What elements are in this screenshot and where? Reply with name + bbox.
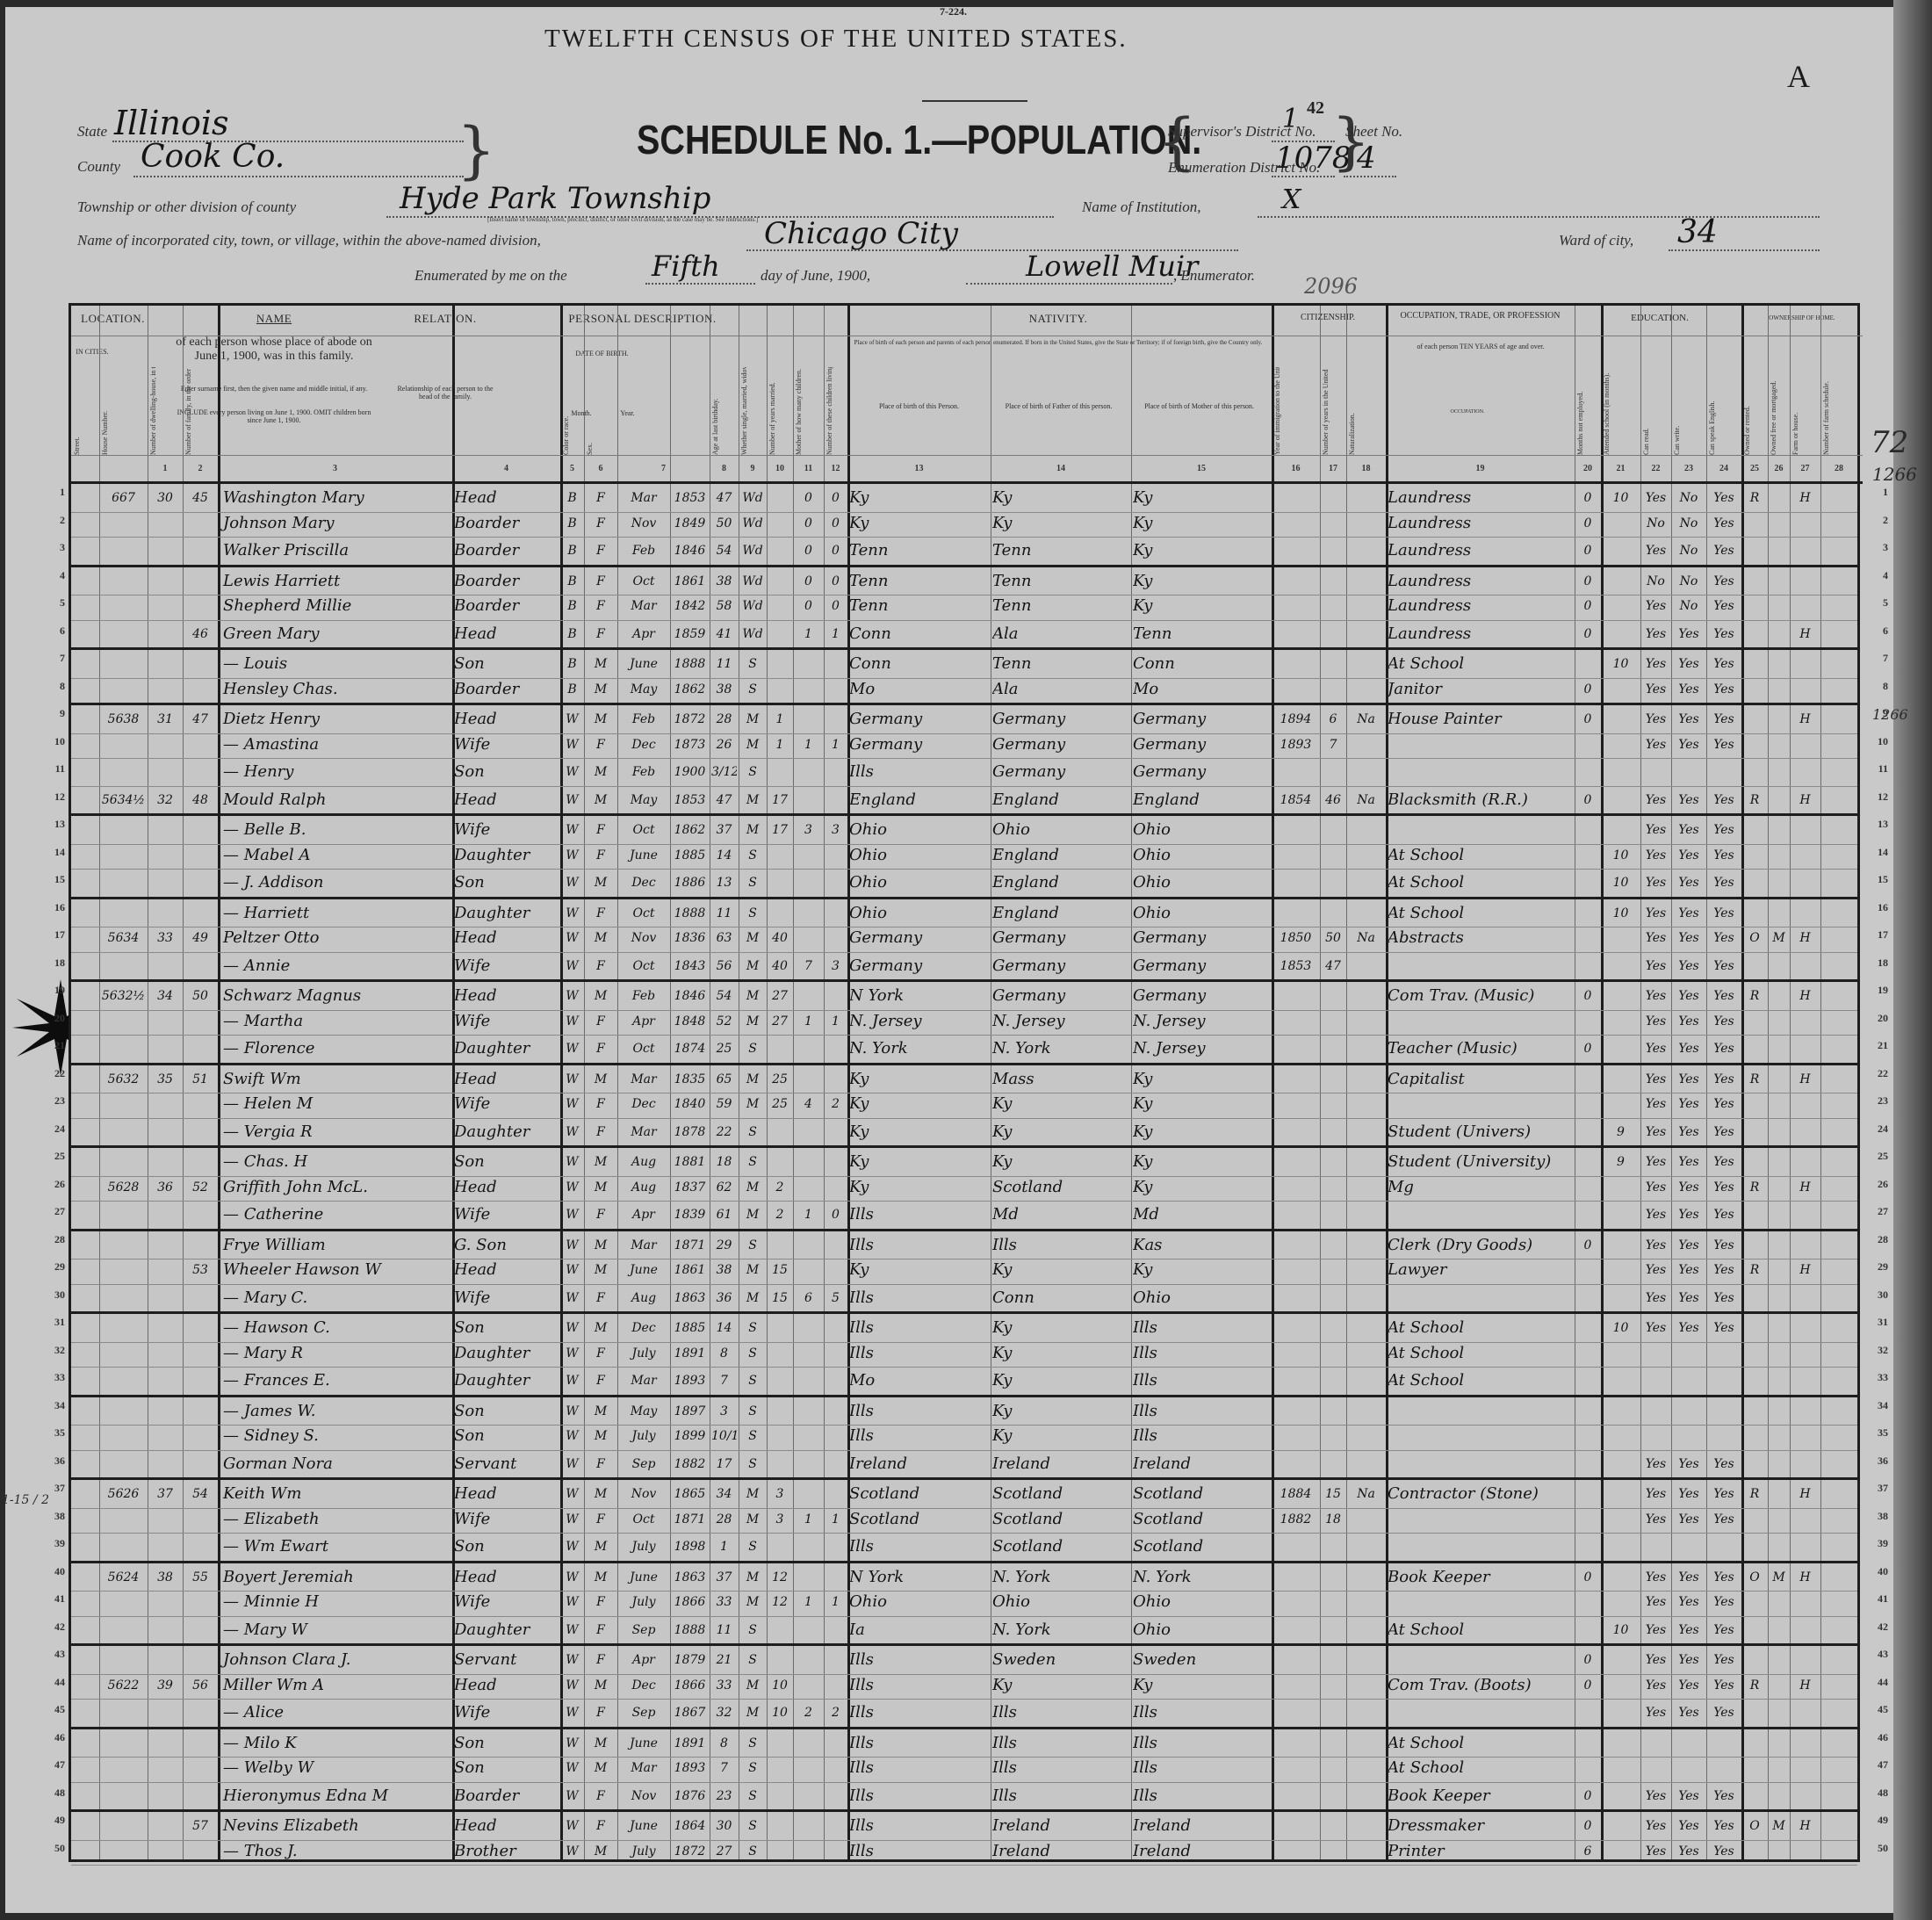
cell-month: Oct xyxy=(619,901,668,926)
cell-write: Yes xyxy=(1673,1316,1705,1340)
cell-sex: F xyxy=(586,1648,616,1672)
cell-mbp: Ky xyxy=(1133,1175,1270,1200)
cell-year: 1885 xyxy=(672,843,708,868)
column-number: 17 xyxy=(1320,464,1346,473)
cell-mne xyxy=(1576,652,1599,676)
cell-mne xyxy=(1576,760,1599,784)
cell-age: 3 xyxy=(711,1399,737,1424)
cell-read: Yes xyxy=(1642,733,1669,757)
header-ym: Number of years married. xyxy=(768,367,791,455)
cell-sex: F xyxy=(586,1784,616,1808)
cell-mo xyxy=(795,1036,822,1061)
cell-nat xyxy=(1348,1092,1384,1116)
cell-sch xyxy=(1603,1673,1639,1698)
cell-nat xyxy=(1348,733,1384,757)
cell-write: Yes xyxy=(1673,1648,1705,1672)
line-number: 2 xyxy=(42,514,65,527)
cell-house xyxy=(101,1700,146,1725)
cell-dwelling: 33 xyxy=(149,926,181,950)
header-color: Color or race. xyxy=(562,367,582,455)
cell-sex: M xyxy=(586,984,616,1008)
cell-bp: Germany xyxy=(849,707,989,732)
cell-occ xyxy=(1388,1009,1573,1034)
cell-family xyxy=(184,1120,216,1144)
cell-color: W xyxy=(562,1839,582,1864)
cell-month: May xyxy=(619,788,668,812)
group-personal: PERSONAL DESCRIPTION. xyxy=(499,313,786,326)
cell-name: Frye William xyxy=(220,1233,454,1258)
line-number: 10 xyxy=(1865,735,1888,748)
cell-relation: Head xyxy=(454,1482,559,1506)
line-number: 29 xyxy=(1865,1260,1888,1274)
cell-month: June xyxy=(619,843,668,868)
cell-dwelling xyxy=(149,1590,181,1614)
cell-sch xyxy=(1603,1286,1639,1310)
header-own: Owned or rented. xyxy=(1743,367,1766,455)
cell-yus xyxy=(1322,1316,1344,1340)
cell-month: July xyxy=(619,1590,668,1614)
cell-imm xyxy=(1273,1399,1318,1424)
cell-year: 1865 xyxy=(672,1482,708,1506)
cell-yus xyxy=(1322,1092,1344,1116)
cell-month: Mar xyxy=(619,1120,668,1144)
header-mne: Months not employed. xyxy=(1576,367,1599,455)
cell-family xyxy=(184,1368,216,1393)
cell-dwelling xyxy=(149,1507,181,1532)
cell-mne: 0 xyxy=(1576,1648,1599,1672)
cell-color: W xyxy=(562,984,582,1008)
cell-age: 54 xyxy=(711,984,737,1008)
column-number: 15 xyxy=(1131,464,1272,473)
cell-fm xyxy=(1770,1700,1788,1725)
table-row: 56283652Griffith John McL.HeadWMAug18376… xyxy=(71,1173,1857,1202)
cell-family xyxy=(184,652,216,676)
cell-speak: Yes xyxy=(1708,1036,1740,1061)
cell-write: Yes xyxy=(1673,926,1705,950)
cell-age: 58 xyxy=(711,594,737,618)
cell-fm xyxy=(1770,1092,1788,1116)
cell-imm xyxy=(1273,1202,1318,1227)
cell-fbp: Germany xyxy=(992,733,1129,757)
cell-fbp: Tenn xyxy=(992,538,1129,563)
cell-family xyxy=(184,954,216,978)
enumerator-label: , Enumerator. xyxy=(1173,267,1255,285)
table-row: 53Wheeler Hawson WHeadWMJune186138M15KyK… xyxy=(71,1256,1857,1285)
cell-fs xyxy=(1822,1067,1856,1092)
cell-mo xyxy=(795,677,822,702)
cell-fs xyxy=(1822,1399,1856,1424)
cell-yus: 18 xyxy=(1322,1507,1344,1532)
cell-house xyxy=(101,1756,146,1780)
cell-mbp: Ky xyxy=(1133,1673,1270,1698)
cell-write: Yes xyxy=(1673,1286,1705,1310)
cell-age: 26 xyxy=(711,733,737,757)
line-number: 15 xyxy=(1865,873,1888,886)
cell-name: — Thos J. xyxy=(220,1839,454,1864)
line-number: 10 xyxy=(42,735,65,748)
cell-nat xyxy=(1348,1036,1384,1061)
cell-fs xyxy=(1822,677,1856,702)
cell-color: W xyxy=(562,1067,582,1092)
cell-mo xyxy=(795,901,822,926)
cell-relation: Head xyxy=(454,984,559,1008)
cell-speak: Yes xyxy=(1708,818,1740,842)
cell-color: W xyxy=(562,901,582,926)
cell-occ xyxy=(1388,1202,1573,1227)
enumerated-label: Enumerated by me on the xyxy=(415,267,567,285)
cell-ym: 25 xyxy=(768,1067,791,1092)
cell-bp: Ills xyxy=(849,1534,989,1559)
cell-occ: At School xyxy=(1388,1341,1573,1366)
cell-nat xyxy=(1348,1814,1384,1838)
cell-sex: M xyxy=(586,1839,616,1864)
cell-color: W xyxy=(562,1286,582,1310)
cell-bp: Tenn xyxy=(849,569,989,594)
cell-bp: Mo xyxy=(849,1368,989,1393)
cell-house: 5638 xyxy=(101,707,146,732)
cell-read xyxy=(1642,1756,1669,1780)
cell-name: Schwarz Magnus xyxy=(220,984,454,1008)
cell-imm xyxy=(1273,1233,1318,1258)
cell-sex: F xyxy=(586,1507,616,1532)
cell-imm: 1884 xyxy=(1273,1482,1318,1506)
cell-ch xyxy=(825,1399,846,1424)
header-street: Street. xyxy=(73,367,97,455)
cell-nat xyxy=(1348,1756,1384,1780)
cell-fs xyxy=(1822,1618,1856,1642)
table-row: — HenrySonWMFeb19003/12SIllsGermanyGerma… xyxy=(71,758,1857,787)
cell-color: W xyxy=(562,1175,582,1200)
cell-speak: Yes xyxy=(1708,788,1740,812)
cell-relation: Boarder xyxy=(454,569,559,594)
cell-year: 1891 xyxy=(672,1731,708,1756)
cell-dwelling xyxy=(149,1036,181,1061)
cell-fs xyxy=(1822,1341,1856,1366)
cell-speak: Yes xyxy=(1708,954,1740,978)
cell-sex: F xyxy=(586,1590,616,1614)
cell-mbp: Germany xyxy=(1133,984,1270,1008)
cell-occ: Book Keeper xyxy=(1388,1565,1573,1590)
cell-mbp: Germany xyxy=(1133,733,1270,757)
cell-occ xyxy=(1388,760,1573,784)
cell-year: 1871 xyxy=(672,1507,708,1532)
line-number: 45 xyxy=(1865,1703,1888,1716)
cell-write: Yes xyxy=(1673,984,1705,1008)
header-fh: Farm or house. xyxy=(1791,367,1819,455)
cell-speak xyxy=(1708,1756,1740,1780)
line-number: 41 xyxy=(42,1592,65,1606)
cell-speak: Yes xyxy=(1708,1673,1740,1698)
cell-mo xyxy=(795,1482,822,1506)
column-number: 14 xyxy=(991,464,1131,473)
cell-ch xyxy=(825,1120,846,1144)
cell-age: 36 xyxy=(711,1286,737,1310)
line-number: 35 xyxy=(42,1426,65,1440)
cell-imm xyxy=(1273,1731,1318,1756)
column-number: 24 xyxy=(1706,464,1741,473)
cell-ch xyxy=(825,1424,846,1448)
cell-family: 52 xyxy=(184,1175,216,1200)
cell-read: Yes xyxy=(1642,652,1669,676)
cell-marital: S xyxy=(740,1036,765,1061)
cell-mbp: Ills xyxy=(1133,1424,1270,1448)
cell-speak: Yes xyxy=(1708,926,1740,950)
cell-yus xyxy=(1322,538,1344,563)
cell-mbp: Ky xyxy=(1133,538,1270,563)
cell-nat xyxy=(1348,1507,1384,1532)
cell-ch: 2 xyxy=(825,1092,846,1116)
cell-sch xyxy=(1603,733,1639,757)
cell-mne: 0 xyxy=(1576,1784,1599,1808)
cell-bp: Ky xyxy=(849,1175,989,1200)
header-speak: Can speak English. xyxy=(1708,367,1740,455)
cell-fm xyxy=(1770,901,1788,926)
cell-month: May xyxy=(619,1399,668,1424)
cell-mbp: N. Jersey xyxy=(1133,1009,1270,1034)
cell-fbp: Scotland xyxy=(992,1534,1129,1559)
cell-month: June xyxy=(619,652,668,676)
cell-imm xyxy=(1273,677,1318,702)
cell-ch: 1 xyxy=(825,1590,846,1614)
header-imm: Year of immigration to the United States… xyxy=(1273,367,1318,455)
header-rule xyxy=(71,336,1863,336)
cell-house xyxy=(101,1316,146,1340)
cell-relation: Daughter xyxy=(454,1368,559,1393)
cell-imm xyxy=(1273,1067,1318,1092)
cell-fbp: Ireland xyxy=(992,1452,1129,1476)
line-number: 8 xyxy=(1865,680,1888,693)
line-number: 15 xyxy=(42,873,65,886)
cell-year: 1888 xyxy=(672,652,708,676)
cell-ym xyxy=(768,622,791,646)
cell-house xyxy=(101,538,146,563)
cell-fbp: Ala xyxy=(992,677,1129,702)
line-number: 49 xyxy=(1865,1814,1888,1827)
cell-occ: At School xyxy=(1388,901,1573,926)
cell-read: Yes xyxy=(1642,486,1669,510)
cell-sch xyxy=(1603,1233,1639,1258)
line-number: 6 xyxy=(42,624,65,638)
cell-nat xyxy=(1348,1424,1384,1448)
cell-ch: 5 xyxy=(825,1286,846,1310)
line-number: 32 xyxy=(1865,1344,1888,1357)
table-row: — AmastinaWifeWFDec187326M111GermanyGerm… xyxy=(71,731,1857,760)
cell-dwelling xyxy=(149,1286,181,1310)
cell-mne xyxy=(1576,818,1599,842)
cell-speak: Yes xyxy=(1708,1784,1740,1808)
cell-relation: Head xyxy=(454,1673,559,1698)
cell-mbp: Kas xyxy=(1133,1233,1270,1258)
cell-fm xyxy=(1770,870,1788,895)
cell-year: 1862 xyxy=(672,818,708,842)
cell-month: Mar xyxy=(619,1756,668,1780)
cell-ch xyxy=(825,1534,846,1559)
cell-fh xyxy=(1791,511,1819,536)
table-row: Frye WilliamG. SonWMMar187129SIllsIllsKa… xyxy=(71,1229,1857,1260)
cell-own xyxy=(1743,1648,1766,1672)
cell-sch xyxy=(1603,1648,1639,1672)
cell-own: O xyxy=(1743,926,1766,950)
cell-bp: Tenn xyxy=(849,594,989,618)
cell-age: 25 xyxy=(711,1036,737,1061)
cell-mbp: Germany xyxy=(1133,707,1270,732)
cell-own xyxy=(1743,1233,1766,1258)
line-number: 7 xyxy=(42,652,65,665)
cell-month: Nov xyxy=(619,1482,668,1506)
cell-occ xyxy=(1388,1648,1573,1672)
cell-yus xyxy=(1322,1839,1344,1864)
cell-mne: 0 xyxy=(1576,622,1599,646)
cell-occ: At School xyxy=(1388,652,1573,676)
cell-ym: 10 xyxy=(768,1700,791,1725)
name-desc: of each person whose place of abode on J… xyxy=(169,336,378,364)
cell-write: Yes xyxy=(1673,843,1705,868)
cell-fbp: N. York xyxy=(992,1036,1129,1061)
column-number: 23 xyxy=(1671,464,1706,473)
cell-marital: M xyxy=(740,1286,765,1310)
cell-occ: Printer xyxy=(1388,1839,1573,1864)
cell-sch xyxy=(1603,1482,1639,1506)
line-number: 48 xyxy=(1865,1786,1888,1800)
cell-dwelling xyxy=(149,843,181,868)
header-rule xyxy=(71,455,1863,456)
cell-speak: Yes xyxy=(1708,1565,1740,1590)
cell-month: July xyxy=(619,1424,668,1448)
cell-marital: Wd xyxy=(740,538,765,563)
cell-mne xyxy=(1576,1175,1599,1200)
cell-sex: M xyxy=(586,870,616,895)
cell-name: — James W. xyxy=(220,1399,454,1424)
cell-fbp: Tenn xyxy=(992,569,1129,594)
cell-write: Yes xyxy=(1673,622,1705,646)
cell-bp: Ills xyxy=(849,1648,989,1672)
cell-name: Green Mary xyxy=(220,622,454,646)
cell-month: June xyxy=(619,1258,668,1282)
cell-write xyxy=(1673,1534,1705,1559)
cell-fm xyxy=(1770,843,1788,868)
cell-ym: 17 xyxy=(768,818,791,842)
line-number: 7 xyxy=(1865,652,1888,665)
cell-year: 1859 xyxy=(672,622,708,646)
cell-ch xyxy=(825,1341,846,1366)
cell-year: 1900 xyxy=(672,760,708,784)
cell-family: 51 xyxy=(184,1067,216,1092)
cell-own xyxy=(1743,1784,1766,1808)
cell-sch: 10 xyxy=(1603,901,1639,926)
state-label: State xyxy=(77,123,107,141)
cell-mbp: Scotland xyxy=(1133,1507,1270,1532)
cell-yus xyxy=(1322,1150,1344,1174)
cell-sch xyxy=(1603,1175,1639,1200)
cell-speak: Yes xyxy=(1708,594,1740,618)
cell-relation: Daughter xyxy=(454,1120,559,1144)
cell-fs xyxy=(1822,901,1856,926)
cell-nat xyxy=(1348,818,1384,842)
cell-bp: Ia xyxy=(849,1618,989,1642)
cell-yus xyxy=(1322,1067,1344,1092)
cell-month: Nov xyxy=(619,1784,668,1808)
cell-occ xyxy=(1388,1399,1573,1424)
cell-ym xyxy=(768,677,791,702)
cell-ch xyxy=(825,1482,846,1506)
cell-yus xyxy=(1322,818,1344,842)
cell-imm xyxy=(1273,1839,1318,1864)
cell-read xyxy=(1642,1424,1669,1448)
cell-mne xyxy=(1576,733,1599,757)
line-number: 45 xyxy=(42,1703,65,1716)
cell-ch xyxy=(825,1814,846,1838)
supervisor-value: 1 xyxy=(1282,104,1299,134)
cell-sex: M xyxy=(586,1424,616,1448)
cell-yus xyxy=(1322,1700,1344,1725)
cell-month: Oct xyxy=(619,1507,668,1532)
line-number: 42 xyxy=(42,1620,65,1634)
cell-read: Yes xyxy=(1642,788,1669,812)
cell-ch xyxy=(825,1036,846,1061)
line-number: 42 xyxy=(1865,1620,1888,1634)
table-row: 5632½3450Schwarz MagnusHeadWMFeb184654M2… xyxy=(71,979,1857,1011)
line-number: 38 xyxy=(1865,1510,1888,1523)
table-row: 56263754Keith WmHeadWMNov186534M3Scotlan… xyxy=(71,1477,1857,1509)
cell-dwelling xyxy=(149,1009,181,1034)
cell-write: Yes xyxy=(1673,1700,1705,1725)
table-row: Gorman NoraServantWFSep188217SIrelandIre… xyxy=(71,1450,1857,1479)
cell-ym: 27 xyxy=(768,984,791,1008)
cell-nat xyxy=(1348,1286,1384,1310)
cell-year: 1874 xyxy=(672,1036,708,1061)
cell-imm xyxy=(1273,1590,1318,1614)
cell-ch xyxy=(825,843,846,868)
cell-own xyxy=(1743,1120,1766,1144)
cell-imm xyxy=(1273,511,1318,536)
form-number: 7-224. xyxy=(940,5,967,18)
table-row: — Welby WSonWMMar18937SIllsIllsIllsAt Sc… xyxy=(71,1754,1857,1783)
cell-dwelling xyxy=(149,1399,181,1424)
cell-dwelling xyxy=(149,1258,181,1282)
cell-sex: F xyxy=(586,538,616,563)
cell-fbp: Md xyxy=(992,1202,1129,1227)
cell-fm xyxy=(1770,511,1788,536)
cell-mo xyxy=(795,1233,822,1258)
cell-color: W xyxy=(562,1258,582,1282)
cell-mo xyxy=(795,707,822,732)
cell-speak: Yes xyxy=(1708,1814,1740,1838)
cell-sex: F xyxy=(586,733,616,757)
cell-write: No xyxy=(1673,594,1705,618)
cell-fh: H xyxy=(1791,1175,1819,1200)
cell-speak: Yes xyxy=(1708,1120,1740,1144)
cell-fs xyxy=(1822,926,1856,950)
cell-own xyxy=(1743,1590,1766,1614)
cell-own xyxy=(1743,1202,1766,1227)
cell-read: Yes xyxy=(1642,1814,1669,1838)
cell-speak xyxy=(1708,760,1740,784)
cell-speak: Yes xyxy=(1708,569,1740,594)
cell-speak xyxy=(1708,1534,1740,1559)
line-number: 33 xyxy=(1865,1371,1888,1384)
cell-age: 23 xyxy=(711,1784,737,1808)
cell-ch xyxy=(825,1839,846,1864)
cell-read: Yes xyxy=(1642,1036,1669,1061)
cell-dwelling xyxy=(149,594,181,618)
cell-month: June xyxy=(619,1565,668,1590)
cell-mne xyxy=(1576,1009,1599,1034)
cell-own: O xyxy=(1743,1565,1766,1590)
cell-write: No xyxy=(1673,486,1705,510)
cell-fm xyxy=(1770,760,1788,784)
cell-marital: S xyxy=(740,1756,765,1780)
cell-color: W xyxy=(562,707,582,732)
